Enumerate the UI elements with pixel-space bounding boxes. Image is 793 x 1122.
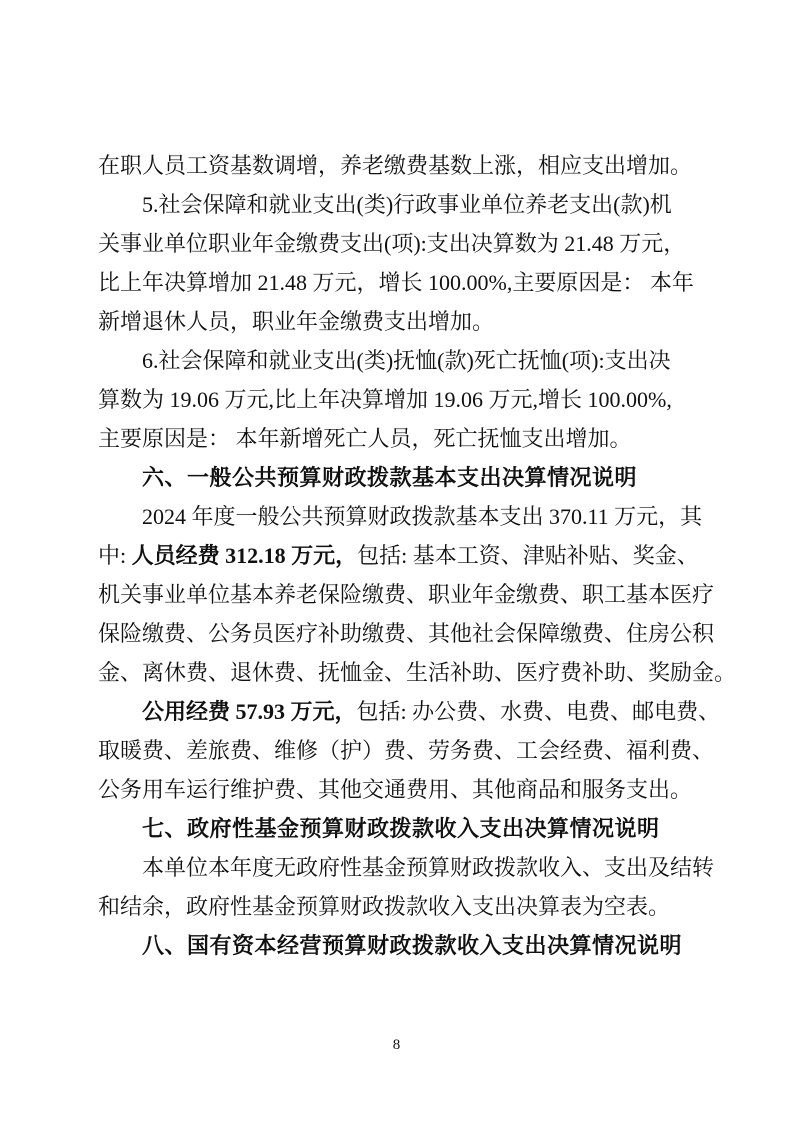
text-segment: 金、离休费、退休费、抚恤金、生活补助、医疗费补助、奖励金。 bbox=[98, 660, 736, 685]
text-segment: 包括: 办公费、水费、电费、邮电费、 bbox=[357, 699, 721, 724]
bold-text-segment: 人员经费 312.18 万元， bbox=[132, 543, 358, 568]
text-line: 公用经费 57.93 万元，包括: 办公费、水费、电费、邮电费、 bbox=[98, 692, 712, 731]
text-line: 金、离休费、退休费、抚恤金、生活补助、医疗费补助、奖励金。 bbox=[98, 653, 712, 692]
text-line: 主要原因是： 本年新增死亡人员，死亡抚恤支出增加。 bbox=[98, 419, 712, 458]
bold-text-segment: 六、一般公共预算财政拨款基本支出决算情况说明 bbox=[142, 465, 637, 490]
section-heading: 七、政府性基金预算财政拨款收入支出决算情况说明 bbox=[98, 809, 712, 848]
text-segment: 2024 年度一般公共预算财政拨款基本支出 370.11 万元，其 bbox=[142, 504, 702, 529]
document-page: 在职人员工资基数调增，养老缴费基数上涨，相应支出增加。5.社会保障和就业支出(类… bbox=[0, 0, 793, 1122]
text-segment: 保险缴费、公务员医疗补助缴费、其他社会保障缴费、住房公积 bbox=[98, 621, 714, 646]
text-line: 5.社会保障和就业支出(类)行政事业单位养老支出(款)机 bbox=[98, 185, 712, 224]
text-segment: 主要原因是： 本年新增死亡人员，死亡抚恤支出增加。 bbox=[98, 426, 632, 451]
text-segment: 6.社会保障和就业支出(类)抚恤(款)死亡抚恤(项):支出决 bbox=[142, 348, 671, 373]
section-heading: 六、一般公共预算财政拨款基本支出决算情况说明 bbox=[98, 458, 712, 497]
bold-text-segment: 八、国有资本经营预算财政拨款收入支出决算情况说明 bbox=[142, 933, 682, 958]
page-number: 8 bbox=[0, 1034, 793, 1056]
text-line: 机关事业单位基本养老保险缴费、职业年金缴费、职工基本医疗 bbox=[98, 575, 712, 614]
text-segment: 本单位本年度无政府性基金预算财政拨款收入、支出及结转 bbox=[142, 855, 714, 880]
text-segment: 在职人员工资基数调增，养老缴费基数上涨，相应支出增加。 bbox=[98, 153, 692, 178]
text-segment: 包括: 基本工资、津贴补贴、奖金、 bbox=[357, 543, 699, 568]
text-segment: 和结余，政府性基金预算财政拨款收入支出决算表为空表。 bbox=[98, 894, 670, 919]
text-line: 公务用车运行维护费、其他交通费用、其他商品和服务支出。 bbox=[98, 770, 712, 809]
text-segment: 5.社会保障和就业支出(类)行政事业单位养老支出(款)机 bbox=[142, 192, 672, 217]
text-segment: 比上年决算增加 21.48 万元，增长 100.00%,主要原因是： 本年 bbox=[98, 270, 694, 295]
text-line: 在职人员工资基数调增，养老缴费基数上涨，相应支出增加。 bbox=[98, 146, 712, 185]
bold-text-segment: 公用经费 57.93 万元， bbox=[142, 699, 357, 724]
section-heading: 八、国有资本经营预算财政拨款收入支出决算情况说明 bbox=[98, 926, 712, 965]
text-line: 新增退休人员，职业年金缴费支出增加。 bbox=[98, 302, 712, 341]
text-segment: 取暖费、差旅费、维修（护）费、劳务费、工会经费、福利费、 bbox=[98, 738, 714, 763]
text-line: 和结余，政府性基金预算财政拨款收入支出决算表为空表。 bbox=[98, 887, 712, 926]
text-segment: 公务用车运行维护费、其他交通费用、其他商品和服务支出。 bbox=[98, 777, 692, 802]
text-line: 保险缴费、公务员医疗补助缴费、其他社会保障缴费、住房公积 bbox=[98, 614, 712, 653]
text-segment: 中: bbox=[98, 543, 132, 568]
bold-text-segment: 七、政府性基金预算财政拨款收入支出决算情况说明 bbox=[142, 816, 660, 841]
text-line: 2024 年度一般公共预算财政拨款基本支出 370.11 万元，其 bbox=[98, 497, 712, 536]
text-line: 6.社会保障和就业支出(类)抚恤(款)死亡抚恤(项):支出决 bbox=[98, 341, 712, 380]
text-line: 比上年决算增加 21.48 万元，增长 100.00%,主要原因是： 本年 bbox=[98, 263, 712, 302]
text-segment: 新增退休人员，职业年金缴费支出增加。 bbox=[98, 309, 494, 334]
text-line: 本单位本年度无政府性基金预算财政拨款收入、支出及结转 bbox=[98, 848, 712, 887]
text-line: 取暖费、差旅费、维修（护）费、劳务费、工会经费、福利费、 bbox=[98, 731, 712, 770]
text-segment: 算数为 19.06 万元,比上年决算增加 19.06 万元,增长 100.00%… bbox=[98, 387, 672, 412]
text-line: 算数为 19.06 万元,比上年决算增加 19.06 万元,增长 100.00%… bbox=[98, 380, 712, 419]
text-segment: 机关事业单位基本养老保险缴费、职业年金缴费、职工基本医疗 bbox=[98, 582, 714, 607]
text-line: 中: 人员经费 312.18 万元，包括: 基本工资、津贴补贴、奖金、 bbox=[98, 536, 712, 575]
document-body: 在职人员工资基数调增，养老缴费基数上涨，相应支出增加。5.社会保障和就业支出(类… bbox=[98, 146, 712, 965]
text-line: 关事业单位职业年金缴费支出(项):支出决算数为 21.48 万元， bbox=[98, 224, 712, 263]
text-segment: 关事业单位职业年金缴费支出(项):支出决算数为 21.48 万元， bbox=[98, 231, 685, 256]
